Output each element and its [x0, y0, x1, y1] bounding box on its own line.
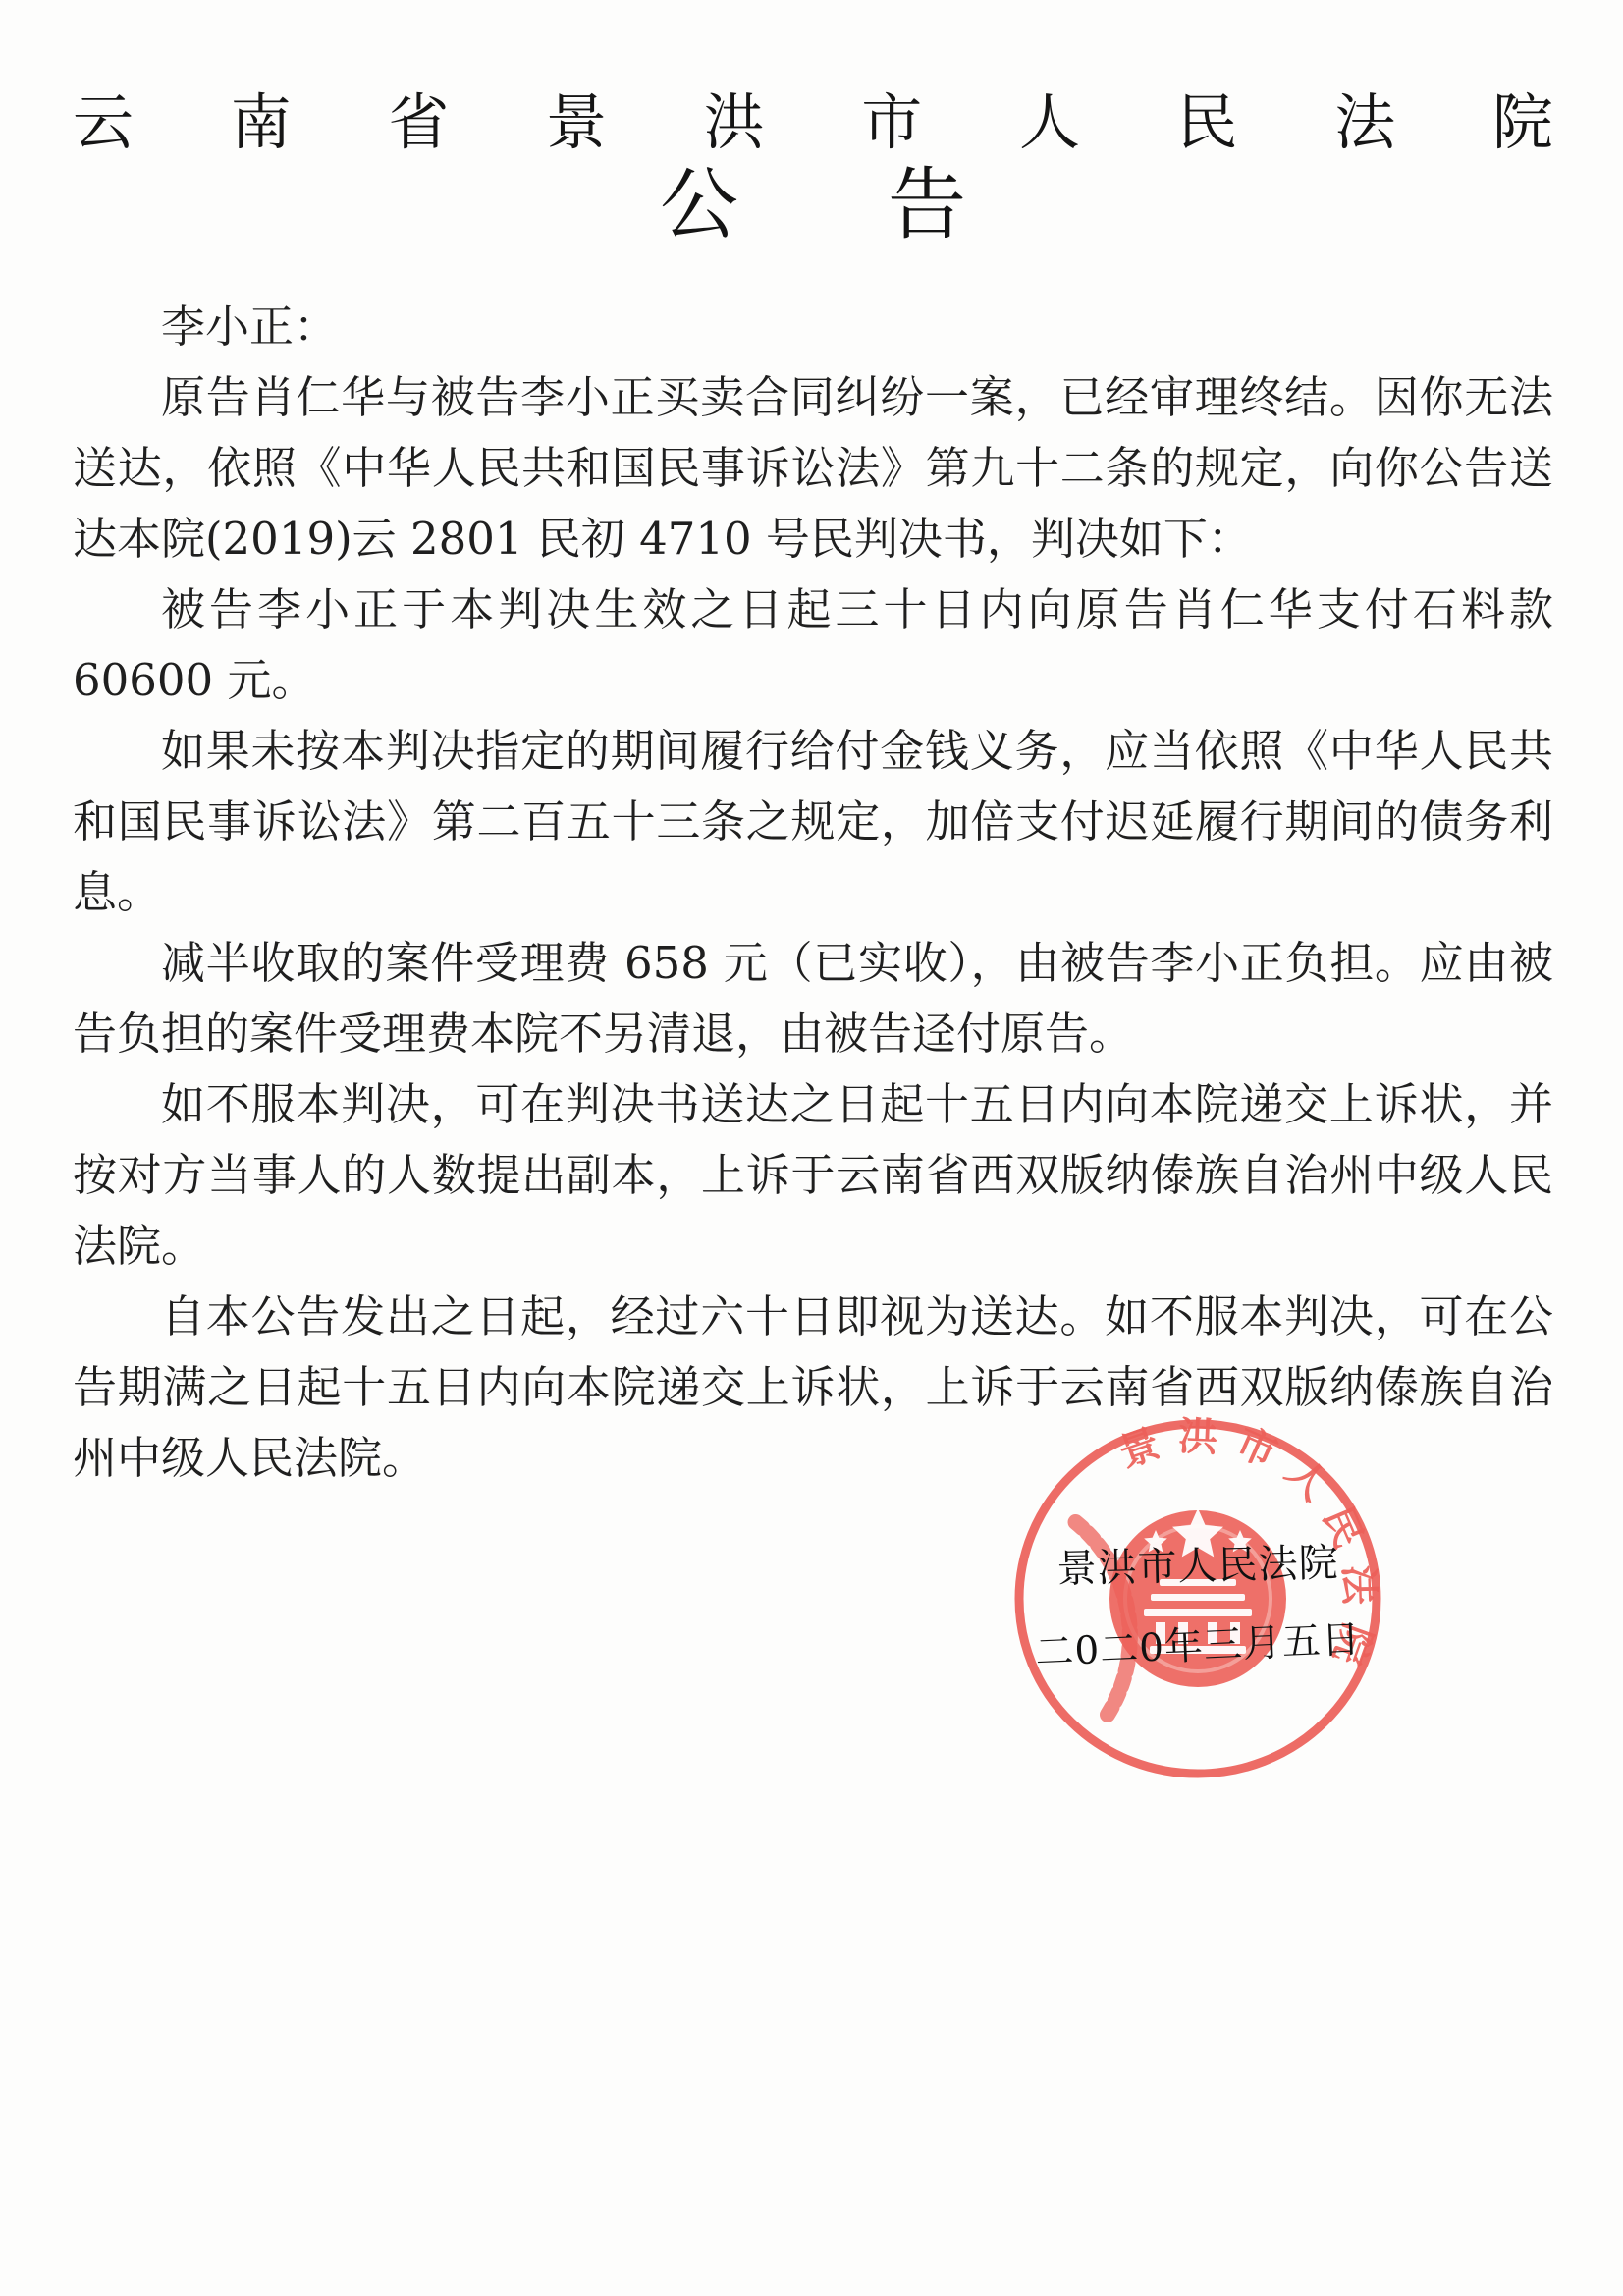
announcement-page: 云南省景洪市人民法院 公告 李小正： 原告肖仁华与被告李小正买卖合同纠纷一案，已…	[0, 0, 1623, 2296]
announcement-body: 李小正： 原告肖仁华与被告李小正买卖合同纠纷一案，已经审理终结。因你无法送达，依…	[73, 292, 1553, 1494]
salutation: 李小正：	[73, 292, 1553, 362]
paragraph-case-summary: 原告肖仁华与被告李小正买卖合同纠纷一案，已经审理终结。因你无法送达，依照《中华人…	[73, 362, 1553, 574]
paragraph-late-payment: 如果未按本判决指定的期间履行给付金钱义务，应当依照《中华人民共和国民事诉讼法》第…	[73, 716, 1553, 928]
paragraph-judgment: 被告李小正于本判决生效之日起三十日内向原告肖仁华支付石料款 60600 元。	[73, 574, 1553, 716]
paragraph-court-fee: 减半收取的案件受理费 658 元（已实收），由被告李小正负担。应由被告负担的案件…	[73, 928, 1553, 1069]
court-seal-icon: 景洪市人民法院	[1006, 1414, 1389, 1797]
document-content: 云南省景洪市人民法院 公告 李小正： 原告肖仁华与被告李小正买卖合同纠纷一案，已…	[73, 88, 1553, 1494]
signature-block: 景洪市人民法院 景洪市人民法院 二0二0年三月五日	[1006, 1414, 1389, 1797]
paragraph-appeal: 如不服本判决，可在判决书送达之日起十五日内向本院递交上诉状，并按对方当事人的人数…	[73, 1069, 1553, 1282]
signature-court-name: 景洪市人民法院	[1005, 1531, 1389, 1596]
announcement-heading: 公告	[73, 164, 1553, 246]
court-title: 云南省景洪市人民法院	[73, 88, 1553, 156]
